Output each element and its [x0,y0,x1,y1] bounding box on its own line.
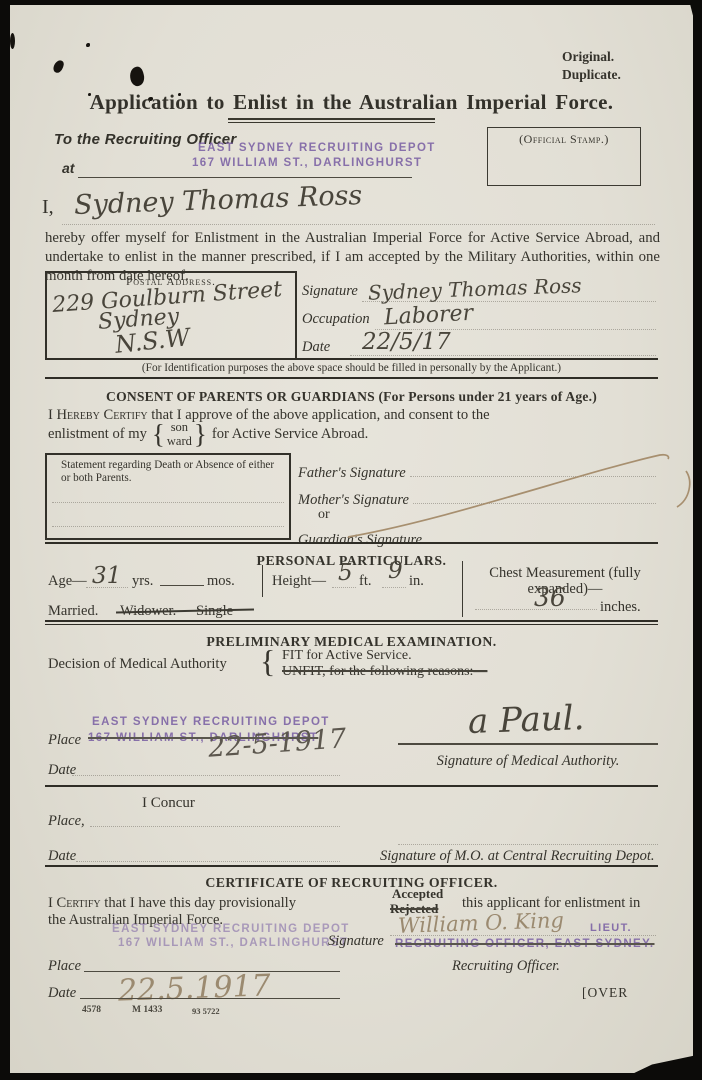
rule [45,377,658,379]
official-stamp-label: (Official Stamp.) [488,132,640,147]
copy-label-duplicate: Duplicate. [562,67,621,83]
inches-label: inches. [600,599,641,616]
concur-date-label: Date [48,848,76,865]
mos-line [160,571,204,586]
height-ft-line [332,573,356,588]
single-label: Single [196,603,233,620]
ink-blot [10,33,15,49]
certificate-date-label: Date [48,985,76,1002]
guardian-signature-row: Guardian's Signature [298,527,656,549]
medical-signature-caption: Signature of Medical Authority. [398,753,658,770]
certificate-signature-line [390,921,656,936]
signature-line [362,287,656,302]
rule [45,865,658,867]
depot-stamp-line2: 167 WILLIAM ST., DARLINGHURST [118,937,348,949]
decision-brace: { [260,645,275,677]
accepted-option: Accepted [392,886,443,902]
scanned-enlistment-form: Original. Duplicate. Application to Enli… [0,0,702,1080]
certificate-date-handwritten: 22.5.1917 [117,968,271,1008]
official-stamp-box: (Official Stamp.) [487,127,641,186]
in-label: in. [409,573,424,590]
close-brace: } [194,421,207,448]
concur-place-label: Place, [48,813,85,830]
father-signature-row: Father's Signature [298,460,656,482]
concur-date-line [76,847,340,862]
medical-date-handwritten: 22-5-1917 [207,723,347,764]
mos-label: mos. [207,573,235,590]
at-label: at [62,160,74,176]
occupation-line [375,315,656,330]
date-label: Date [302,339,330,356]
fit-text: FIT for Active Service. [282,648,412,664]
unfit-text: UNFIT, for the following reasons:— [282,664,487,680]
statement-blank-line [52,526,284,527]
ink-blot [52,59,65,74]
form-number-2: M 1433 [132,1005,162,1015]
consent-line2b: for Active Service Abroad. [212,426,368,443]
title-underline [228,118,435,123]
guardian-signature-label: Guardian's Signature [298,532,422,549]
height-in-line [382,573,406,588]
or-label: or [318,507,330,523]
double-rule [45,620,658,625]
form-title: Application to Enlist in the Australian … [10,90,693,115]
name-line [62,210,655,225]
recruiting-officer-caption: Recruiting Officer. [452,958,560,975]
consent-line2a: enlistment of my [48,426,147,443]
ft-label: ft. [359,573,371,590]
medical-signature-line [398,743,658,745]
certificate-line1: I Certify that I have this day provision… [48,895,296,912]
mother-signature-row: Mother's Signature [298,487,656,509]
ink-blot [128,66,146,88]
i-label: I, [42,196,54,219]
certificate-place-label: Place [48,958,81,975]
father-signature-label: Father's Signature [298,465,406,482]
consent-line2: enlistment of my { son ward } for Active… [48,421,368,448]
son-ward-brace: { son ward } [152,421,207,448]
concur-place-line [90,812,340,827]
form-number-3: 93 5722 [192,1006,220,1016]
copy-label-original: Original. [562,49,614,65]
certificate-date-line [80,998,340,999]
rule [45,785,658,787]
recruiting-officer-stamp: RECRUITING OFFICER, EAST SYDNEY. [395,938,655,950]
certificate-lead: I Certify [48,895,101,911]
statement-box: Statement regarding Death or Absence of … [45,453,291,540]
certificate-heading: CERTIFICATE OF RECRUITING OFFICER. [10,875,693,891]
age-label: Age— [48,573,87,590]
concur-signature-caption: Signature of M.O. at Central Recruiting … [380,848,655,865]
decision-label: Decision of Medical Authority [48,656,227,673]
i-concur-text: I Concur [142,795,195,812]
occupation-label: Occupation [302,311,370,328]
rule [45,542,658,544]
father-signature-line [410,460,656,477]
married-label: Married. [48,603,98,620]
age-line [86,573,128,588]
open-brace: { [152,421,165,448]
form-number-1: 4578 [82,1005,101,1015]
certificate-rest: that I have this day provisionally [101,895,296,911]
concur-signature-line [398,830,658,845]
statement-text: Statement regarding Death or Absence of … [47,455,289,485]
depot-stamp-line1: EAST SYDNEY RECRUITING DEPOT [112,923,350,935]
paper-sheet: Original. Duplicate. Application to Enli… [10,5,693,1073]
medical-signature-handwritten: a Paul. [467,698,585,742]
statement-blank-line [52,502,284,503]
mother-signature-label: Mother's Signature [298,492,409,509]
certificate-signature-label: Signature [328,933,384,950]
rule [45,358,658,360]
signature-label: Signature [302,283,358,300]
divider [262,565,263,597]
yrs-label: yrs. [132,573,153,590]
consent-heading: CONSENT OF PARENTS OR GUARDIANS (For Per… [10,389,693,405]
date-line [350,341,656,356]
chest-line [475,595,597,610]
son-option: son [167,421,192,434]
depot-stamp-line1: EAST SYDNEY RECRUITING DEPOT [198,142,436,154]
ink-blot [86,43,90,47]
height-label: Height— [272,573,326,590]
over-label: [OVER [582,985,628,1001]
mother-signature-line [413,487,656,504]
at-line [78,163,412,178]
ward-option: ward [167,435,192,448]
identification-note: (For Identification purposes the above s… [10,362,693,374]
divider [462,561,463,617]
medical-date-line [72,761,340,776]
medical-place-label: Place [48,732,81,749]
